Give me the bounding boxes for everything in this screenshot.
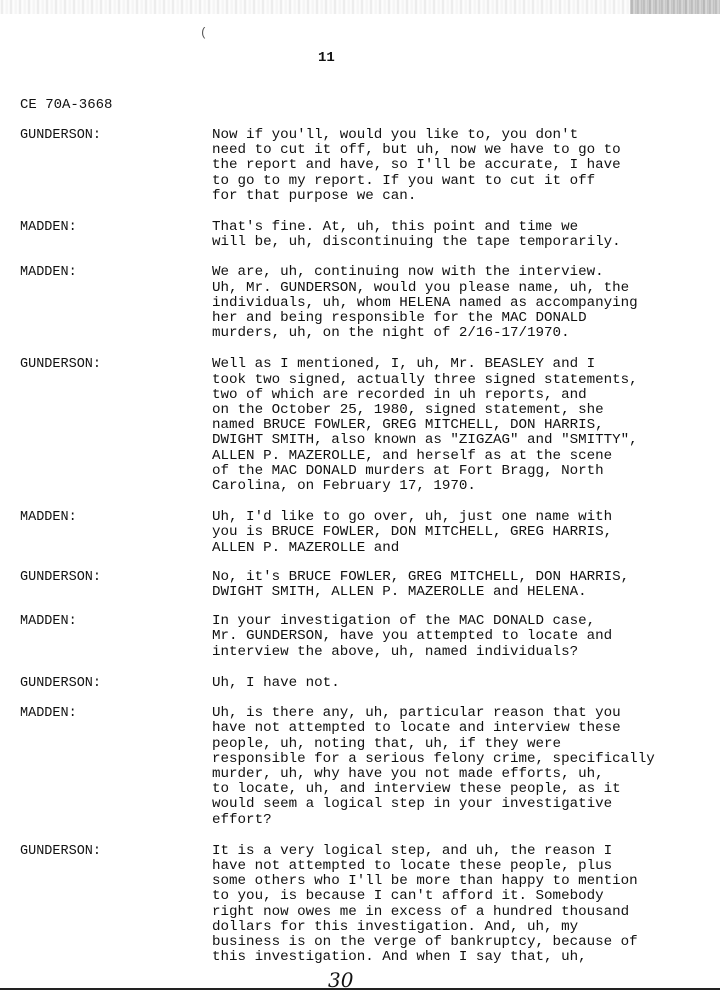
transcript-entry: MADDEN: Uh, I'd like to go over, uh, jus…	[0, 510, 720, 556]
page-number: 11	[0, 50, 720, 66]
speech-text: Now if you'll, would you like to, you do…	[212, 128, 702, 204]
transcript-entry: GUNDERSON: Well as I mentioned, I, uh, M…	[0, 357, 720, 494]
speaker-label: GUNDERSON:	[0, 676, 212, 691]
speaker-label: GUNDERSON:	[0, 844, 212, 966]
transcript: GUNDERSON: Now if you'll, would you like…	[0, 128, 720, 979]
speaker-label: MADDEN:	[0, 220, 212, 250]
transcript-entry: MADDEN: In your investigation of the MAC…	[0, 614, 720, 660]
speech-text: Uh, is there any, uh, particular reason …	[212, 706, 702, 828]
speech-text: We are, uh, continuing now with the inte…	[212, 265, 702, 341]
speech-text: No, it's BRUCE FOWLER, GREG MITCHELL, DO…	[212, 570, 702, 600]
scan-noise-top	[0, 0, 720, 14]
speech-text: Well as I mentioned, I, uh, Mr. BEASLEY …	[212, 357, 702, 494]
transcript-entry: GUNDERSON: No, it's BRUCE FOWLER, GREG M…	[0, 570, 720, 600]
transcript-entry: GUNDERSON: Uh, I have not.	[0, 676, 720, 691]
transcript-entry: MADDEN: That's fine. At, uh, this point …	[0, 220, 720, 250]
speech-text: Uh, I'd like to go over, uh, just one na…	[212, 510, 702, 556]
speech-text: That's fine. At, uh, this point and time…	[212, 220, 702, 250]
speaker-label: GUNDERSON:	[0, 570, 212, 600]
speech-text: In your investigation of the MAC DONALD …	[212, 614, 702, 660]
speaker-label: MADDEN:	[0, 706, 212, 828]
speaker-label: MADDEN:	[0, 265, 212, 341]
transcript-entry: GUNDERSON: Now if you'll, would you like…	[0, 128, 720, 204]
speech-text: It is a very logical step, and uh, the r…	[212, 844, 702, 966]
speaker-label: GUNDERSON:	[0, 357, 212, 494]
transcript-entry: MADDEN: We are, uh, continuing now with …	[0, 265, 720, 341]
bottom-rule	[0, 988, 720, 990]
speaker-label: GUNDERSON:	[0, 128, 212, 204]
scan-noise-corner	[630, 0, 720, 14]
case-id: CE 70A-3668	[20, 97, 112, 113]
speaker-label: MADDEN:	[0, 510, 212, 556]
speaker-label: MADDEN:	[0, 614, 212, 660]
scan-artifact: (	[200, 26, 207, 40]
speech-text: Uh, I have not.	[212, 676, 702, 691]
transcript-entry: MADDEN: Uh, is there any, uh, particular…	[0, 706, 720, 828]
transcript-entry: GUNDERSON: It is a very logical step, an…	[0, 844, 720, 966]
